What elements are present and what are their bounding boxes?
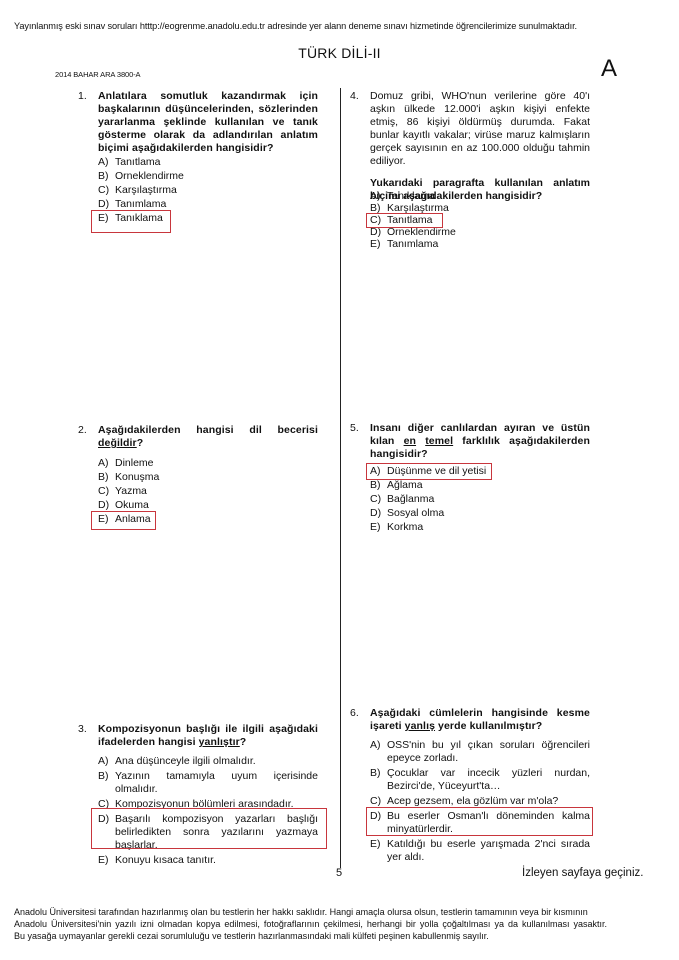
option-label: C)	[370, 493, 387, 506]
option-text: Sosyal olma	[387, 507, 590, 520]
option-text: Orneklendirme	[115, 170, 318, 183]
option-c[interactable]: C)Acep gezsem, ela gözlüm var m'ola?	[370, 795, 590, 808]
option-label: C)	[370, 795, 387, 808]
option-label: D)	[98, 813, 115, 852]
column-divider	[340, 88, 341, 868]
option-text: Başarılı kompozisyon yazarları başlığı b…	[115, 813, 318, 852]
option-text: Yazma	[115, 485, 318, 498]
option-text: Acep gezsem, ela gözlüm var m'ola?	[387, 795, 590, 808]
option-b[interactable]: B)Konuşma	[98, 471, 318, 484]
option-text: Bağlanma	[387, 493, 590, 506]
option-text: Korkma	[387, 521, 590, 534]
copyright-notice: Anadolu Üniversitesi tarafından hazırlan…	[14, 906, 614, 942]
option-label: C)	[98, 798, 115, 811]
option-c[interactable]: C)Yazma	[98, 485, 318, 498]
question-passage: Domuz gribi, WHO'nun verilerine göre 40'…	[370, 90, 590, 203]
booklet-type: A	[601, 55, 617, 83]
options-list: A)Dinleme B)Konuşma C)Yazma D)Okuma E)An…	[98, 457, 318, 526]
option-label: A)	[98, 457, 115, 470]
option-d[interactable]: D)Başarılı kompozisyon yazarları başlığı…	[98, 813, 318, 852]
next-page-instruction: İzleyen sayfaya geçiniz.	[522, 867, 643, 879]
copyright-line: Anadolu Üniversitesi'nin yazılı izni olm…	[14, 918, 614, 930]
question-number: 3.	[78, 723, 87, 736]
option-label: D)	[370, 810, 387, 836]
option-d[interactable]: D)Sosyal olma	[370, 507, 590, 520]
option-text: Çocuklar var incecik yüzleri nurdan, Bez…	[387, 767, 590, 793]
option-e[interactable]: E)Anlama	[98, 513, 318, 526]
question-stem: Anlatılara somutluk kazandırmak için baş…	[98, 90, 318, 155]
option-label: A)	[370, 739, 387, 765]
options-list: A)Tanıklama B)Karşılaştırma C)Tanıtlama …	[370, 190, 590, 251]
option-label: B)	[98, 170, 115, 183]
option-text: Tanımlama	[115, 198, 318, 211]
option-label: E)	[98, 212, 115, 225]
option-label: E)	[370, 238, 387, 251]
options-list: A)OSS'nin bu yıl çıkan soruları öğrencil…	[370, 739, 590, 864]
option-label: C)	[98, 485, 115, 498]
option-text: Kompozisyonun bölümleri arasındadır.	[115, 798, 318, 811]
emphasis-word: temel	[425, 435, 453, 447]
option-c[interactable]: C)Karşılaştırma	[98, 184, 318, 197]
question-number: 6.	[350, 707, 359, 720]
option-a[interactable]: A)Tanıtlama	[98, 156, 318, 169]
option-d[interactable]: D)Tanımlama	[98, 198, 318, 211]
exam-code: 2014 BAHAR ARA 3800-A	[55, 70, 140, 79]
question-stem: Insanı diğer canlılardan ayıran ve üstün…	[370, 422, 590, 461]
question-stem: Aşağıdakilerden hangisi dil becerisi	[98, 424, 318, 437]
option-label: A)	[98, 156, 115, 169]
page-number: 5	[336, 867, 342, 879]
option-text: Konuyu kısaca tanıtır.	[115, 854, 318, 867]
option-c[interactable]: C)Kompozisyonun bölümleri arasındadır.	[98, 798, 318, 811]
option-label: B)	[98, 770, 115, 796]
option-label: D)	[98, 198, 115, 211]
question-number: 1.	[78, 90, 87, 103]
question-number: 5.	[350, 422, 359, 435]
copyright-line: Anadolu Üniversitesi tarafından hazırlan…	[14, 906, 614, 918]
option-label: E)	[370, 521, 387, 534]
option-b[interactable]: B)Çocuklar var incecik yüzleri nurdan, B…	[370, 767, 590, 793]
option-label: B)	[370, 479, 387, 492]
option-label: A)	[98, 755, 115, 768]
option-c[interactable]: C)Bağlanma	[370, 493, 590, 506]
option-a[interactable]: A)Düşünme ve dil yetisi	[370, 465, 590, 478]
copyright-line: Bu yasağa uymayanlar gerekli cezai sorum…	[14, 930, 614, 942]
option-text: Katıldığı bu eserle yarışmada 2'nci sıra…	[387, 838, 590, 864]
option-text: Ağlama	[387, 479, 590, 492]
option-label: E)	[98, 513, 115, 526]
option-text: Okuma	[115, 499, 318, 512]
option-text: Ana düşünceyle ilgili olmalıdır.	[115, 755, 318, 768]
option-e[interactable]: E)Korkma	[370, 521, 590, 534]
option-b[interactable]: B)Yazının tamamıyla uyum içerisinde olma…	[98, 770, 318, 796]
option-label: E)	[98, 854, 115, 867]
option-text: Tanıtlama	[115, 156, 318, 169]
option-label: E)	[370, 838, 387, 864]
option-label: D)	[98, 499, 115, 512]
option-label: A)	[370, 465, 387, 478]
question-stem: Aşağıdaki cümlelerin hangisinde kesme iş…	[370, 707, 590, 733]
option-label: D)	[370, 507, 387, 520]
option-e[interactable]: E)Konuyu kısaca tanıtır.	[98, 854, 318, 867]
option-e[interactable]: E)Tanımlama	[370, 238, 590, 251]
exam-title: TÜRK DİLİ-II	[0, 45, 679, 61]
question-number: 2.	[78, 424, 87, 437]
options-list: A)Tanıtlama B)Orneklendirme C)Karşılaştı…	[98, 156, 318, 225]
option-text: Konuşma	[115, 471, 318, 484]
option-text: Bu eserler Osman'lı döneminden kalma min…	[387, 810, 590, 836]
option-text: Yazının tamamıyla uyum içerisinde olmalı…	[115, 770, 318, 796]
option-text: Tanıklama	[115, 212, 318, 225]
emphasis-word: değildir	[98, 437, 137, 449]
option-text: Karşılaştırma	[115, 184, 318, 197]
option-e[interactable]: E)Katıldığı bu eserle yarışmada 2'nci sı…	[370, 838, 590, 864]
options-list: A)Düşünme ve dil yetisi B)Ağlama C)Bağla…	[370, 465, 590, 534]
passage-text: Domuz gribi, WHO'nun verilerine göre 40'…	[370, 90, 590, 168]
option-text: Tanımlama	[387, 238, 590, 251]
option-label: B)	[370, 767, 387, 793]
availability-notice: Yayınlanmış eski sınav soruları htttp://…	[14, 21, 577, 31]
option-d[interactable]: D)Okuma	[98, 499, 318, 512]
question-number: 4.	[350, 90, 359, 103]
option-a[interactable]: A)OSS'nin bu yıl çıkan soruları öğrencil…	[370, 739, 590, 765]
option-a[interactable]: A)Ana düşünceyle ilgili olmalıdır.	[98, 755, 318, 768]
emphasis-word: yanlış	[405, 720, 435, 732]
option-text: Dinleme	[115, 457, 318, 470]
option-label: C)	[98, 184, 115, 197]
option-text: Düşünme ve dil yetisi	[387, 465, 590, 478]
question-stem-line-2: değildir?	[98, 437, 318, 450]
question-stem: Kompozisyonun başlığı ile ilgili aşağıda…	[98, 723, 318, 749]
option-label: B)	[98, 471, 115, 484]
emphasis-word: yanlıştır	[199, 736, 240, 748]
option-text: Anlama	[115, 513, 318, 526]
option-text: OSS'nin bu yıl çıkan soruları öğrenciler…	[387, 739, 590, 765]
option-a[interactable]: A)Dinleme	[98, 457, 318, 470]
option-b[interactable]: B)Ağlama	[370, 479, 590, 492]
option-b[interactable]: B)Orneklendirme	[98, 170, 318, 183]
options-list: A)Ana düşünceyle ilgili olmalıdır. B)Yaz…	[98, 755, 318, 867]
emphasis-word: en	[404, 435, 416, 447]
option-d[interactable]: D)Bu eserler Osman'lı döneminden kalma m…	[370, 810, 590, 836]
option-e[interactable]: E)Tanıklama	[98, 212, 318, 225]
